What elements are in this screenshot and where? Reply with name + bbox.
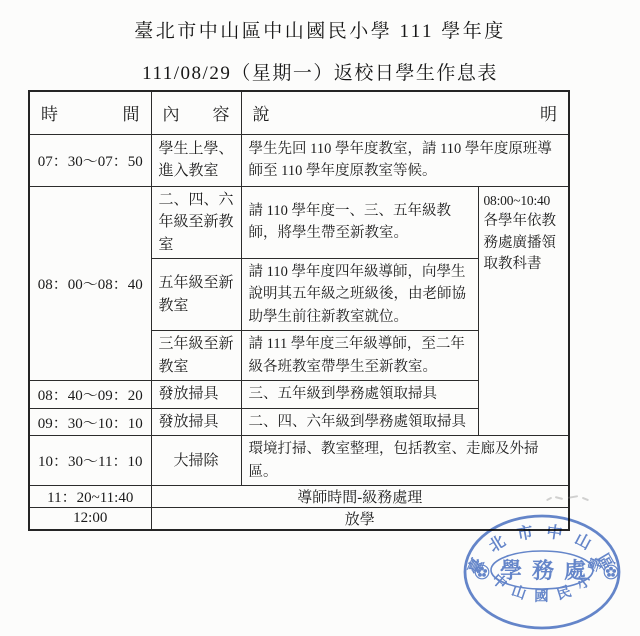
stamp-rosette-right-icon xyxy=(604,565,618,579)
stamp-center-text: 學務處 xyxy=(500,558,596,583)
header-explanation: 說明 xyxy=(241,91,569,134)
side-note-time: 08:00~10:40 xyxy=(484,191,567,211)
scanned-document-page: 臺北市中山區中山國民小學 111 學年度 111/08/29（星期一）返校日學生… xyxy=(0,0,640,636)
explanation-cell: 請 111 學年度三年級導師，至二年級各班教室帶學生至新教室。 xyxy=(241,331,478,381)
time-cell: 12:00 xyxy=(29,508,151,531)
row-0730: 07：30～07：50 學生上學、進入教室 學生先回 110 學年度教室，請 1… xyxy=(29,134,569,186)
row-1120: 11：20~11:40 導師時間-級務處理 xyxy=(29,486,569,508)
time-cell: 10：30～11：10 xyxy=(29,436,151,486)
content-cell: 發放掃具 xyxy=(151,381,241,409)
side-note-text: 各學年依教務處廣播領取教科書 xyxy=(484,213,557,273)
row-0800-grades246: 08：00～08：40 二、四、六年級至新教室 請 110 學年度一、三、五年級… xyxy=(29,186,569,259)
content-cell: 大掃除 xyxy=(151,436,241,486)
row-1030: 10：30～11：10 大掃除 環境打掃、教室整理，包括教室、走廊及外掃區。 xyxy=(29,436,569,486)
pencil-scribble-marks xyxy=(546,494,594,504)
time-cell: 11：20~11:40 xyxy=(29,486,151,508)
explanation-cell: 請 110 學年度四年級導師，向學生說明其五年級之班級後，由老師協助學生前往新教… xyxy=(241,259,478,331)
document-subtitle: 111/08/29（星期一）返校日學生作息表 xyxy=(0,58,640,85)
school-affairs-office-stamp: 臺北市中山區 中山國民小學 學務處 xyxy=(458,510,626,634)
content-cell: 三年級至新教室 xyxy=(151,331,241,381)
explanation-cell: 請 110 學年度一、三、五年級教師，將學生帶至新教室。 xyxy=(241,186,478,259)
merged-activity-cell: 導師時間-級務處理 xyxy=(151,486,569,508)
explanation-cell: 二、四、六年級到學務處領取掃具 xyxy=(241,408,478,436)
explanation-cell: 三、五年級到學務處領取掃具 xyxy=(241,381,478,409)
content-cell: 二、四、六年級至新教室 xyxy=(151,186,241,259)
content-cell: 學生上學、進入教室 xyxy=(151,134,241,186)
time-cell: 07：30～07：50 xyxy=(29,134,151,186)
stamp-rosette-left-icon xyxy=(475,565,489,579)
content-cell: 五年級至新教室 xyxy=(151,259,241,331)
header-time: 時間 xyxy=(29,91,151,134)
side-note-cell: 08:00~10:40 各學年依教務處廣播領取教科書 xyxy=(478,186,569,436)
schedule-table: 時間 內容 說明 07：30～07：50 學生上學、進入教室 學生先回 110 … xyxy=(28,90,570,531)
time-cell: 08：40～09：20 xyxy=(29,381,151,409)
explanation-cell: 環境打掃、教室整理，包括教室、走廊及外掃區。 xyxy=(241,436,569,486)
time-cell: 08：00～08：40 xyxy=(29,186,151,381)
content-cell: 發放掃具 xyxy=(151,408,241,436)
document-title: 臺北市中山區中山國民小學 111 學年度 xyxy=(0,16,640,43)
explanation-cell: 學生先回 110 學年度教室，請 110 學年度原班導師至 110 學年度原教室… xyxy=(241,134,569,186)
header-content: 內容 xyxy=(151,91,241,134)
time-cell: 09：30～10：10 xyxy=(29,408,151,436)
header-row: 時間 內容 說明 xyxy=(29,91,569,134)
